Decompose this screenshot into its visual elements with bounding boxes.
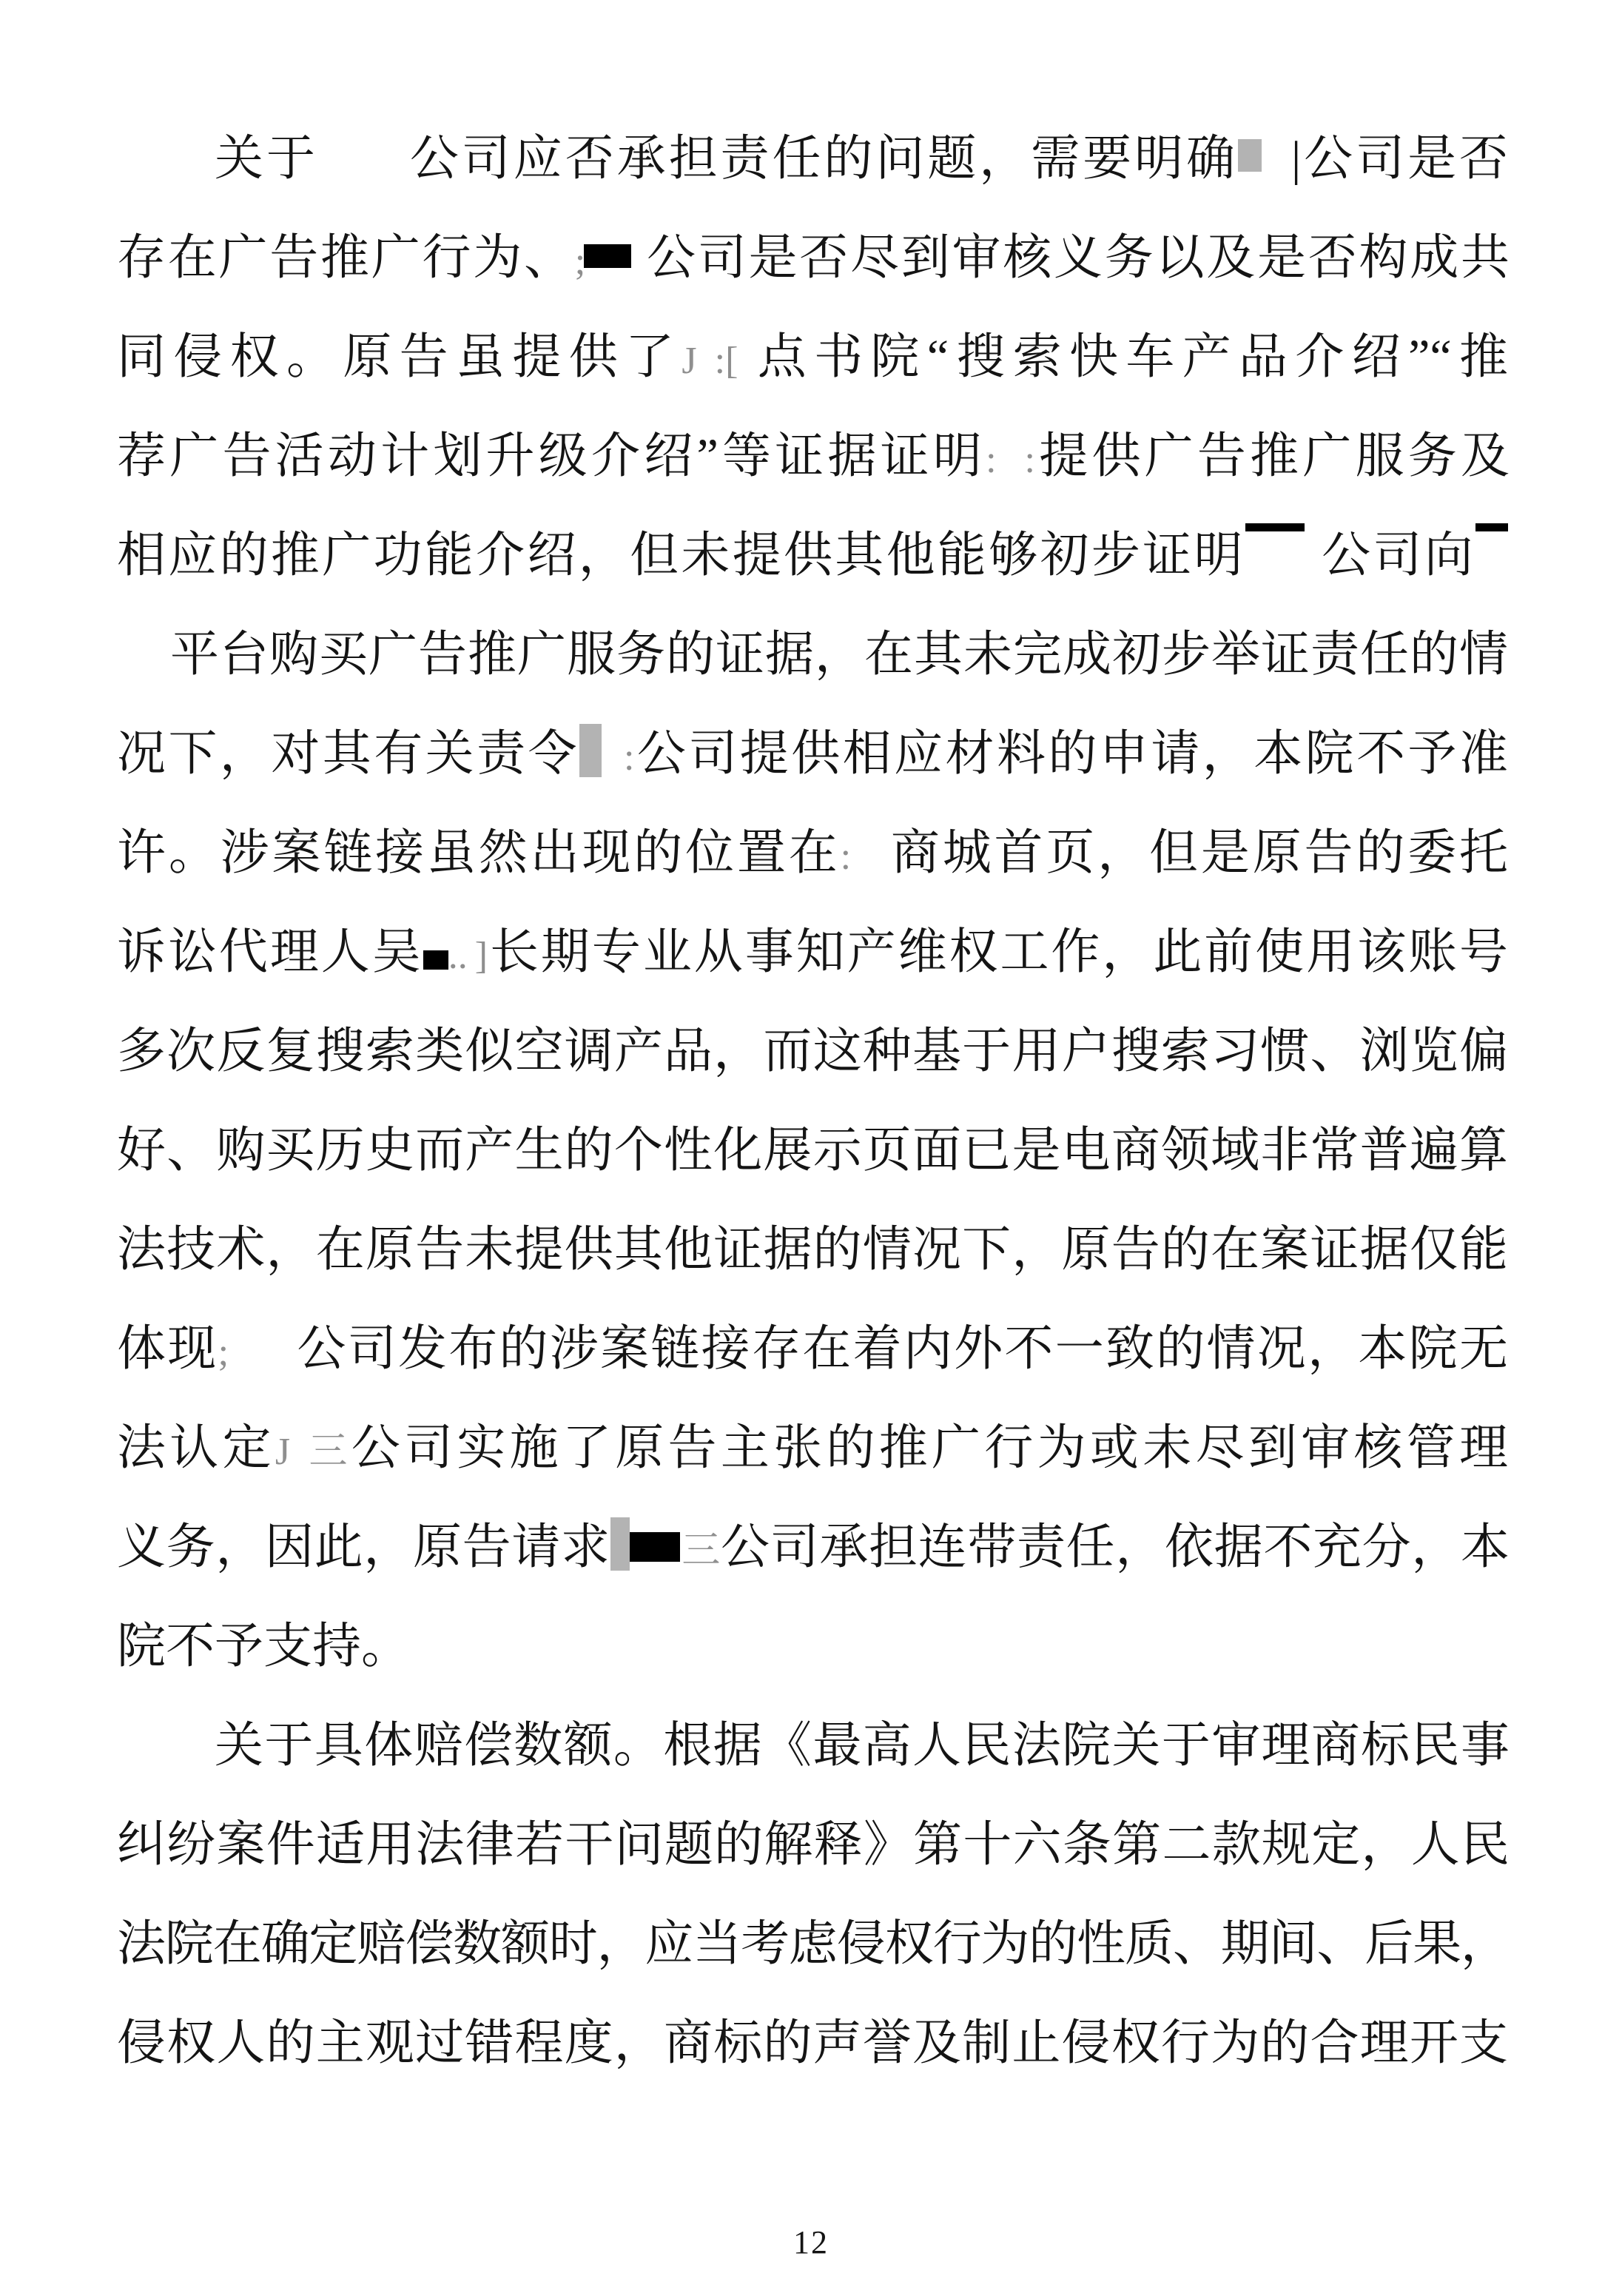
redaction-gray-box-tall — [610, 1517, 630, 1571]
text-segment: 公司向 — [1319, 528, 1475, 583]
faint-mark: : — [986, 439, 995, 481]
spacer — [631, 266, 643, 274]
spacer — [318, 167, 407, 175]
text-segment: 法院在确定赔偿数额时，应当考虑侵权行为的性质、期间、后果， — [117, 1917, 1508, 1971]
spacer — [468, 961, 475, 968]
faint-mark: 三 — [305, 1431, 351, 1473]
text-line: 荐广告活动计划升级介绍”等证据证明::提供广告推广服务及 — [117, 407, 1508, 506]
text-segment: 许。涉案链接虽然出现的位置在 — [117, 826, 841, 880]
spacer — [1262, 167, 1291, 175]
faint-mark: ; — [575, 241, 584, 283]
text-line: 况下，对其有关责令:公司提供相应材料的申请，本院不予准 — [117, 705, 1508, 804]
text-segment: 义务，因此，原告请求 — [117, 1520, 610, 1574]
text-line: 义务，因此，原告请求三公司承担连带责任，依据不充分，本 — [117, 1498, 1508, 1597]
redaction-overline-bar — [1475, 523, 1508, 531]
text-segment: 体现 — [117, 1322, 218, 1376]
text-segment: 况下，对其有关责令 — [117, 727, 579, 781]
redaction-black-box-small — [423, 950, 448, 970]
text-line: 法技术，在原告未提供其他证据的情况下，原告的在案证据仅能 — [117, 1201, 1508, 1300]
text-line: 好、购买历史而产生的个性化展示页面已是电商领域非常普遍算 — [117, 1101, 1508, 1201]
text-segment: 公司提供相应材料的申请，本院不予准 — [634, 727, 1508, 781]
faint-mark: : — [624, 736, 634, 779]
text-segment: 侵权人的主观过错程度，商标的声誉及制止侵权行为的合理开支 — [117, 2016, 1508, 2070]
text-segment: 公司是否尽到审核义务以及是否构成共 — [643, 231, 1508, 285]
faint-mark: :[ — [715, 340, 738, 382]
faint-mark: 三 — [680, 1530, 721, 1572]
text-segment: 提供广告推广服务及 — [1034, 429, 1508, 483]
text-segment: 存在广告推广行为、 — [117, 231, 575, 285]
text-segment: 法技术，在原告未提供其他证据的情况下，原告的在案证据仅能 — [117, 1223, 1508, 1277]
faint-mark: ; — [218, 1332, 229, 1374]
faint-mark: : — [841, 836, 851, 878]
text-segment: 纠纷案件适用法律若干问题的解释》第十六条第二款规定，人民 — [117, 1818, 1508, 1872]
text-line: 诉讼代理人吴..]长期专业从事知产维权工作，此前使用该账号 — [117, 903, 1508, 1002]
text-segment: |公司是否 — [1291, 132, 1508, 186]
spacer — [995, 465, 1025, 472]
text-line: 院不予支持。 — [117, 1597, 1508, 1696]
text-line: 纠纷案件适用法律若干问题的解释》第十六条第二款规定，人民 — [117, 1796, 1508, 1895]
text-line: 许。涉案链接虽然出现的位置在:商城首页，但是原告的委托 — [117, 804, 1508, 903]
redaction-gray-box-tall — [579, 724, 602, 777]
text-block: 关于公司应否承担责任的问题，需要明确|公司是否存在广告推广行为、;公司是否尽到审… — [117, 110, 1508, 2093]
text-line: 法院在确定赔偿数额时，应当考虑侵权行为的性质、期间、后果， — [117, 1895, 1508, 1994]
text-line: 相应的推广功能介绍，但未提供其他能够初步证明公司向 — [117, 506, 1508, 605]
text-segment: 院不予支持。 — [117, 1619, 410, 1674]
spacer — [1305, 564, 1319, 571]
text-line: 关于具体赔偿数额。根据《最高人民法院关于审理商标民事 — [117, 1696, 1508, 1796]
text-segment: 好、购买历史而产生的个性化展示页面已是电商领域非常普遍算 — [117, 1124, 1508, 1178]
page-number: 12 — [0, 2221, 1622, 2265]
text-segment: 同侵权。原告虽提供了 — [117, 330, 682, 384]
text-line: 侵权人的主观过错程度，商标的声誉及制止侵权行为的合理开支 — [117, 1994, 1508, 2093]
text-line: 体现;公司发布的涉案链接存在着内外不一致的情况，本院无 — [117, 1300, 1508, 1399]
redaction-black-box-large — [630, 1532, 680, 1562]
redaction-overline-bar — [1245, 523, 1305, 531]
redaction-gray-box — [1238, 139, 1262, 172]
text-line: 存在广告推广行为、;公司是否尽到审核义务以及是否构成共 — [117, 209, 1508, 308]
text-segment: 公司发布的涉案链接存在着内外不一致的情况，本院无 — [295, 1322, 1508, 1376]
spacer — [851, 862, 888, 869]
text-segment: 公司实施了原告主张的推广行为或未尽到审核管理 — [351, 1421, 1508, 1475]
text-segment: 公司承担连带责任，依据不充分，本 — [721, 1520, 1508, 1574]
text-line: 法认定J三公司实施了原告主张的推广行为或未尽到审核管理 — [117, 1399, 1508, 1498]
text-segment: 法认定 — [117, 1421, 275, 1475]
text-segment: 关于具体赔偿数额。根据《最高人民法院关于审理商标民事 — [215, 1719, 1508, 1773]
text-segment: 长期专业从事知产维权工作，此前使用该账号 — [488, 925, 1508, 979]
text-segment: 点书院“搜索快车产品介绍”“推 — [750, 330, 1508, 384]
spacer — [290, 1457, 305, 1464]
faint-mark: .. — [448, 935, 468, 977]
faint-mark: : — [1025, 439, 1034, 481]
text-segment: 商城首页，但是原告的委托 — [888, 826, 1508, 880]
text-line: 同侵权。原告虽提供了J:[点书院“搜索快车产品介绍”“推 — [117, 308, 1508, 407]
redaction-black-box — [584, 244, 631, 268]
text-segment: 相应的推广功能介绍，但未提供其他能够初步证明 — [117, 528, 1245, 583]
faint-mark: ] — [475, 935, 488, 977]
spacer — [697, 366, 715, 373]
spacer — [738, 366, 750, 373]
text-segment: 多次反复搜索类似空调产品，而这种基于用户搜索习惯、浏览偏 — [117, 1024, 1508, 1078]
text-line: 关于公司应否承担责任的问题，需要明确|公司是否 — [117, 110, 1508, 209]
faint-mark: J — [275, 1431, 290, 1473]
faint-mark: J — [682, 340, 696, 382]
text-line: 平台购买广告推广服务的证据，在其未完成初步举证责任的情 — [117, 605, 1508, 705]
document-page: 关于公司应否承担责任的问题，需要明确|公司是否存在广告推广行为、;公司是否尽到审… — [0, 0, 1622, 2296]
spacer — [229, 1357, 295, 1365]
text-segment: 荐广告活动计划升级介绍”等证据证明 — [117, 429, 986, 483]
text-segment: 诉讼代理人吴 — [117, 925, 423, 979]
text-line: 多次反复搜索类似空调产品，而这种基于用户搜索习惯、浏览偏 — [117, 1002, 1508, 1101]
text-segment: 关于 — [215, 132, 318, 186]
text-segment: 平台购买广告推广服务的证据，在其未完成初步举证责任的情 — [170, 628, 1508, 682]
text-segment: 公司应否承担责任的问题，需要明确 — [407, 132, 1238, 186]
spacer — [602, 762, 624, 770]
